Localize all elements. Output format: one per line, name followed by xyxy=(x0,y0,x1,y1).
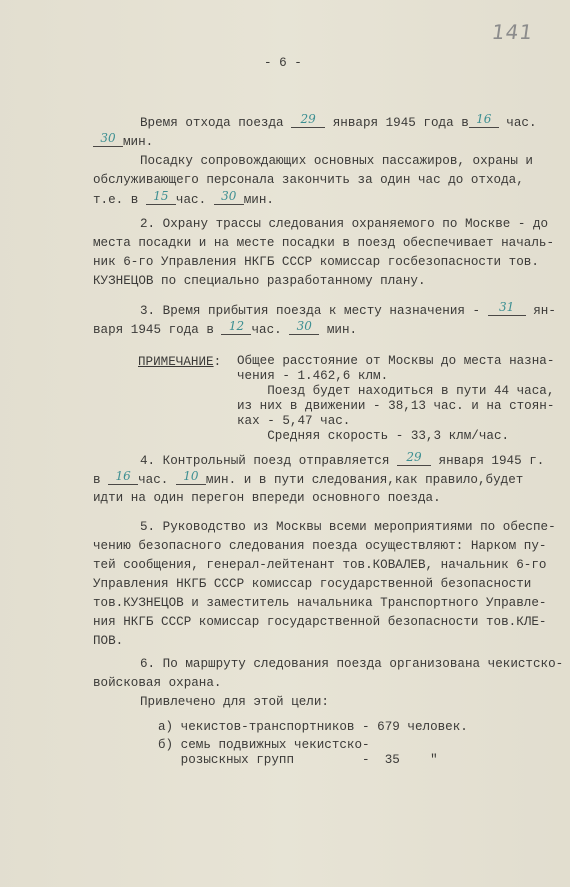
note-line-1: Общее расстояние от Москвы до места назн… xyxy=(237,354,554,369)
handwritten-arrival-day: 31 xyxy=(488,302,526,318)
list-item-b-continued: розыскных групп - 35 " xyxy=(158,753,438,768)
section-3-line-2: варя 1945 года в 12час. 30 мин. xyxy=(93,321,357,338)
section-4-line-1: 4. Контрольный поезд отправляется 29 янв… xyxy=(140,452,544,469)
handwritten-control-hour: 16 xyxy=(108,471,138,487)
page-number: - 6 - xyxy=(264,55,302,71)
section-4-line-3: идти на один перегон впереди основного п… xyxy=(93,490,441,506)
handwritten-departure-day: 29 xyxy=(291,114,325,130)
handwritten-arrival-min: 30 xyxy=(289,321,319,337)
document-page: 141 - 6 - Время отхода поезда 29 января … xyxy=(0,0,570,887)
handwritten-control-day: 29 xyxy=(397,452,431,468)
boarding-line-3: т.е. в 15час. 30мин. xyxy=(93,191,274,208)
section-5-line-6: ния НКГБ СССР комиссар государственной б… xyxy=(93,614,546,630)
list-item-a: а) чекистов-транспортников - 679 человек… xyxy=(158,719,468,735)
section-6-line-2: войсковая охрана. xyxy=(93,675,221,691)
section-6-line-1: 6. По маршруту следования поезда организ… xyxy=(140,656,563,672)
boarding-line-2: обслуживающего персонала закончить за од… xyxy=(93,172,524,188)
section-3-line-1: 3. Время прибытия поезда к месту назначе… xyxy=(140,302,556,319)
handwritten-arrival-hour: 12 xyxy=(221,321,251,337)
handwritten-departure-hour: 16 xyxy=(469,114,499,130)
handwritten-control-min: 10 xyxy=(176,471,206,487)
section-5-line-1: 5. Руководство из Москвы всеми мероприят… xyxy=(140,519,556,535)
note-line-2: чения - 1.462,6 клм. xyxy=(237,369,388,384)
boarding-line-1: Посадку сопровождающих основных пассажир… xyxy=(140,153,533,169)
note-line-3: Поезд будет находиться в пути 44 часа, xyxy=(237,384,554,399)
departure-line-1: Время отхода поезда 29 января 1945 года … xyxy=(140,114,537,131)
handwritten-departure-min: 30 xyxy=(93,133,123,149)
list-item-b: б) семь подвижных чекистско- xyxy=(158,738,370,753)
note-line-4: из них в движении - 38,13 час. и на стоя… xyxy=(237,399,554,414)
section-5-line-7: ПОВ. xyxy=(93,633,123,649)
section-2-line-3: ник 6-го Управления НКГБ СССР комиссар г… xyxy=(93,254,539,270)
note-label: ПРИМЕЧАНИЕ: xyxy=(138,354,221,370)
handwritten-boarding-min: 30 xyxy=(214,191,244,207)
section-6-intro: Привлечено для этой цели: xyxy=(140,694,329,710)
section-5-line-5: тов.КУЗНЕЦОВ и заместитель начальника Тр… xyxy=(93,595,546,611)
section-5-line-4: Управления НКГБ СССР комиссар государств… xyxy=(93,576,531,592)
section-2-line-4: КУЗНЕЦОВ по специально разработанному пл… xyxy=(93,273,426,289)
section-4-line-2: в 16час. 10мин. и в пути следования,как … xyxy=(93,471,523,488)
section-5-line-3: тей сообщения, генерал-лейтенант тов.КОВ… xyxy=(93,557,546,573)
departure-line-2: 30мин. xyxy=(93,133,153,150)
handwritten-boarding-hour: 15 xyxy=(146,191,176,207)
section-2-line-2: места посадки и на месте посадки в поезд… xyxy=(93,235,554,251)
section-5-line-2: чению безопасного следования поезда осущ… xyxy=(93,538,546,554)
note-line-5: ках - 5,47 час. xyxy=(237,414,350,429)
note-line-6: Средняя скорость - 33,3 клм/час. xyxy=(237,429,509,444)
section-2-line-1: 2. Охрану трассы следования охраняемого … xyxy=(140,216,548,232)
archive-page-number: 141 xyxy=(490,20,535,44)
